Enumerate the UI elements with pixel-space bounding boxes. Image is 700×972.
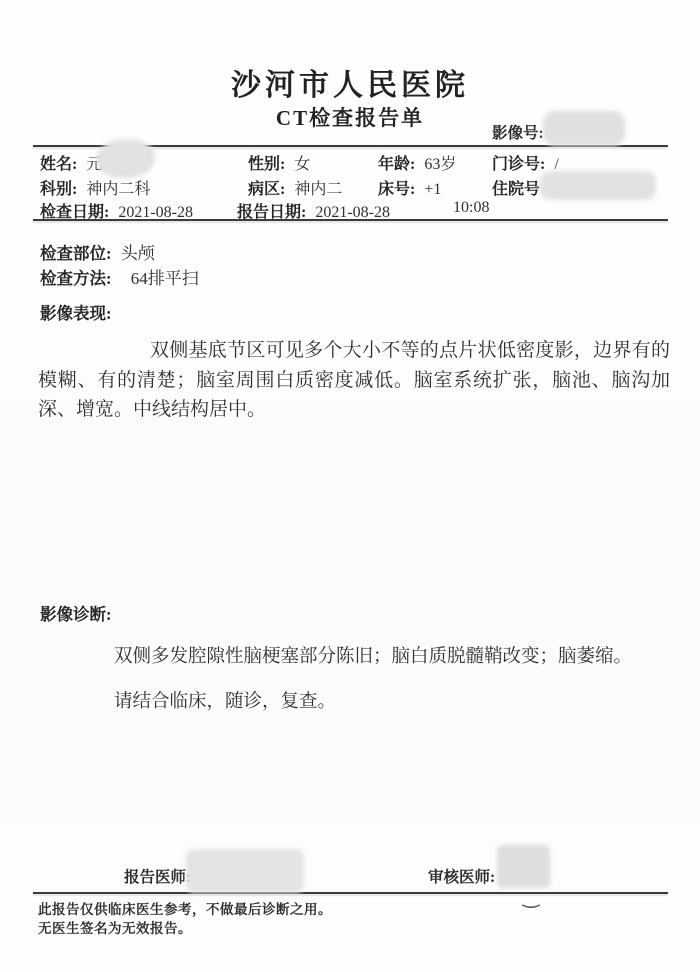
- ward-label: 病区:: [248, 181, 285, 198]
- gender-value: 女: [294, 156, 310, 173]
- exam-site-label: 检查部位:: [40, 244, 112, 263]
- ct-report-page: 沙河市人民医院 CT检查报告单 影像号: 姓名: 元 性别: 女 年龄: 63岁…: [0, 0, 700, 972]
- footer-rule: [33, 892, 668, 894]
- department-label: 科别:: [40, 181, 77, 198]
- name-label: 姓名:: [40, 156, 77, 173]
- ward-field: 病区: 神内二: [248, 176, 342, 199]
- hospital-name: 沙河市人民医院: [0, 60, 700, 104]
- diagnosis-section-label: 影像诊断:: [40, 601, 112, 625]
- findings-text: 双侧基底节区可见多个大小不等的点片状低密度影，边界有的模糊、有的清楚；脑室周围白…: [38, 336, 670, 425]
- disclaimer-line-1: 此报告仅供临床医生参考，不做最后诊断之用。: [38, 898, 332, 918]
- disclaimer-line-2: 无医生签名为无效报告。: [38, 917, 192, 937]
- age-field: 年龄: 63岁: [378, 151, 456, 174]
- review-doctor-label: 审核医师:: [428, 865, 495, 887]
- exam-method-label: 检查方法:: [40, 269, 112, 288]
- redaction-inpatient-number: [540, 171, 656, 200]
- exam-site-field: 检查部位: 头颅: [40, 239, 155, 264]
- bed-value: +1: [424, 181, 441, 198]
- exam-method-value: 64排平扫: [131, 269, 199, 288]
- name-field: 姓名: 元: [40, 151, 102, 174]
- redaction-image-number: [543, 111, 625, 146]
- report-time-value: 10:08: [453, 199, 489, 217]
- table-bottom-rule: [33, 219, 668, 221]
- diagnosis-line-2: 请结合临床，随诊，复查。: [114, 687, 336, 713]
- image-number-label: 影像号:: [492, 125, 544, 142]
- redaction-review-doctor-signature: [497, 845, 550, 888]
- department-field: 科别: 神内二科: [40, 176, 150, 199]
- age-label: 年龄:: [378, 156, 415, 173]
- bed-field: 床号: +1: [378, 176, 441, 199]
- exam-site-value: 头颅: [121, 244, 155, 263]
- redaction-report-doctor-signature: [186, 849, 304, 893]
- exam-method-field: 检查方法: 64排平扫: [40, 264, 199, 289]
- inpatient-label: 住院号: [492, 181, 540, 198]
- department-value: 神内二科: [86, 181, 150, 198]
- outpatient-label: 门诊号:: [492, 156, 545, 173]
- redaction-patient-name: [97, 139, 155, 178]
- age-value: 63岁: [424, 156, 456, 173]
- gender-label: 性别:: [248, 156, 285, 173]
- gender-field: 性别: 女: [248, 151, 310, 174]
- ward-value: 神内二: [294, 181, 342, 198]
- findings-section-label: 影像表现:: [40, 300, 112, 324]
- report-doctor-label: 报告医师:: [124, 865, 191, 887]
- bed-label: 床号:: [378, 181, 415, 198]
- diagnosis-line-1: 双侧多发腔隙性脑梗塞部分陈旧；脑白质脱髓鞘改变；脑萎缩。: [114, 642, 632, 668]
- inpatient-field: 住院号: [492, 176, 540, 199]
- image-number-field: 影像号:: [492, 121, 544, 143]
